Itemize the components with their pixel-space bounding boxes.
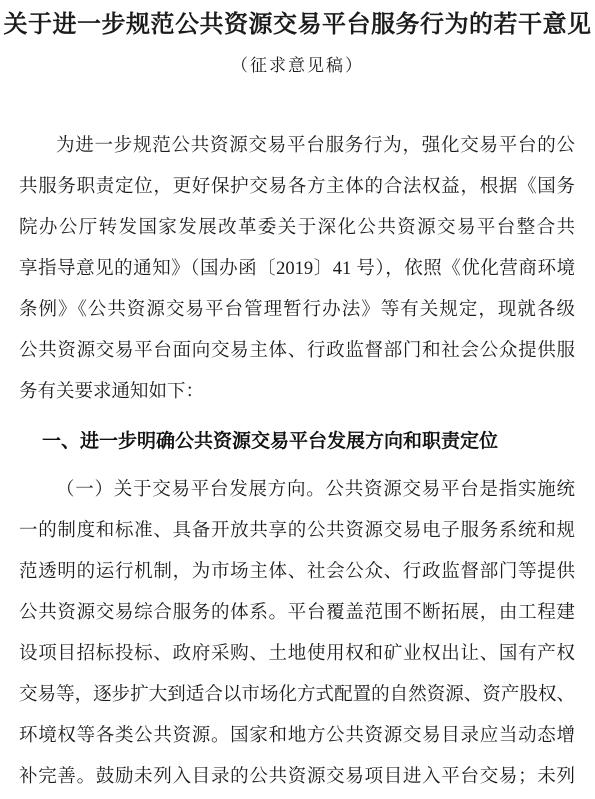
text-line: 院办公厅转发国家发展改革委关于深化公共资源交易平台整合共 xyxy=(19,208,575,249)
paragraph-section-1-item-1: （一）关于交易平台发展方向。公共资源交易平台是指实施统 一的制度和标准、具备开放… xyxy=(19,470,575,798)
text-line: 公共资源交易平台面向交易主体、行政监督部门和社会公众提供服 xyxy=(19,331,575,372)
section-heading-1: 一、进一步明确公共资源交易平台发展方向和职责定位 xyxy=(19,421,575,462)
paragraph-intro: 为进一步规范公共资源交易平台服务行为，强化交易平台的公 共服务职责定位，更好保护… xyxy=(19,126,575,413)
text-line: 共服务职责定位，更好保护交易各方主体的合法权益，根据《国务 xyxy=(19,167,575,208)
text-line: 务有关要求通知如下： xyxy=(19,372,575,413)
text-line: 环境权等各类公共资源。国家和地方公共资源交易目录应当动态增 xyxy=(19,716,575,757)
text-line: 一的制度和标准、具备开放共享的公共资源交易电子服务系统和规 xyxy=(19,511,575,552)
document-subtitle: （征求意见稿） xyxy=(0,54,595,78)
text-line: 条例》《公共资源交易平台管理暂行办法》等有关规定，现就各级 xyxy=(19,290,575,331)
text-line: 享指导意见的通知》（国办函〔2019〕41 号），依照《优化营商环境 xyxy=(19,249,575,290)
document-title: 关于进一步规范公共资源交易平台服务行为的若干意见 xyxy=(0,0,595,42)
text-line: 设项目招标投标、政府采购、土地使用权和矿业权出让、国有产权 xyxy=(19,634,575,675)
text-line: 补完善。鼓励未列入目录的公共资源交易项目进入平台交易；未列 xyxy=(19,757,575,798)
text-line: 范透明的运行机制，为市场主体、社会公众、行政监督部门等提供 xyxy=(19,552,575,593)
text-line: 为进一步规范公共资源交易平台服务行为，强化交易平台的公 xyxy=(19,126,575,167)
text-line: 交易等，逐步扩大到适合以市场化方式配置的自然资源、资产股权、 xyxy=(19,675,575,716)
document-body: 为进一步规范公共资源交易平台服务行为，强化交易平台的公 共服务职责定位，更好保护… xyxy=(19,126,575,798)
text-line: （一）关于交易平台发展方向。公共资源交易平台是指实施统 xyxy=(19,470,575,511)
text-line: 公共资源交易综合服务的体系。平台覆盖范围不断拓展，由工程建 xyxy=(19,593,575,634)
document-page: 关于进一步规范公共资源交易平台服务行为的若干意见 （征求意见稿） 为进一步规范公… xyxy=(0,0,595,799)
